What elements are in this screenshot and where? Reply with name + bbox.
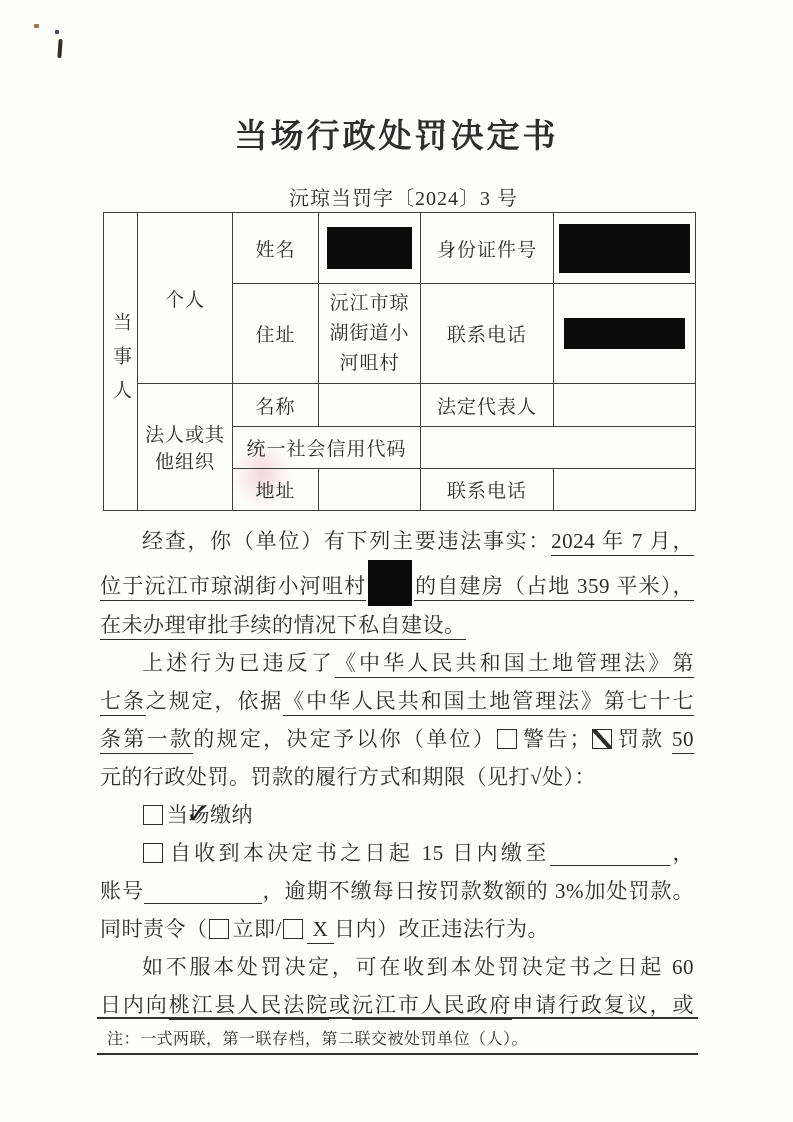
body-text: 经查，你（单位）有下列主要违法事实：2024 年 7 月，位于沅江市琼湖街小河咀… [100,522,694,1024]
text-segment: 50 [672,727,694,754]
text-segment: 或 [329,993,352,1017]
text-segment: 罚款 [616,727,672,751]
text-segment: 的规定，决定予以你（单位） [193,727,496,751]
party-label: 当事人 [111,304,130,414]
body-line: 在未办理审批手续的情况下私自建设。 [100,606,694,644]
id-value-cell [554,213,696,284]
checkbox-unchecked [143,843,163,863]
body-line: 如不服本处罚决定，可在收到本处罚决定书之日起 60 [100,948,694,986]
body-line: ✓当场缴纳 [100,796,694,834]
text-segment: 警告； [521,727,591,751]
body-line: 元的行政处罚。罚款的履行方式和期限（见打√处）： [100,758,694,796]
text-segment: 《中华人民共和国土地管理法》第 [335,651,694,678]
org-name-label: 名称 [233,384,319,427]
credit-code-value-cell [421,427,696,469]
footer-note: 注：一式两联，第一联存档，第二联交被处罚单位（人）。 [107,1026,667,1049]
text-segment: 账号 [100,879,144,903]
text-segment: 经查，你（单位）有下列主要违法事实： [142,529,551,553]
redaction-box-name [327,227,412,269]
doc-number: 沅琼当罚字〔2024〕3 号 [0,182,793,211]
body-line: 同时责令（立即/ X 日内）改正违法行为。 [100,910,694,948]
address-label: 住址 [233,284,319,384]
phone-value-cell [554,284,696,384]
org-address-label: 地址 [233,469,319,511]
footer-rule-top [97,1017,698,1019]
org-phone-value-cell [554,469,696,511]
text-segment: 2024 年 7 月， [551,529,694,556]
footer-rule-bottom [97,1053,698,1055]
checkbox-unchecked [283,919,303,939]
body-line: 位于沅江市琼湖街小河咀村的自建房（占地 359 平米）， [100,560,694,606]
address-value: 沅江市琼湖街道小河咀村 [319,284,421,384]
text-segment: 立即/ [233,917,282,941]
body-line: 七条之规定，依据《中华人民共和国土地管理法》第七十七 [100,682,694,720]
text-segment: 上述行为已违反了 [142,651,335,675]
text-segment: 同时责令（ [100,917,208,941]
text-segment: 日内）改正违法行为。 [334,917,549,941]
body-line: 条第一款的规定，决定予以你（单位）警告；罚款 50 [100,720,694,758]
text-segment: 申请行政复议，或 [512,993,694,1017]
redaction-box [368,560,412,606]
org-address-value-cell [319,469,421,511]
text-segment: 的自建房（占地 359 平米）， [414,574,694,601]
org-phone-label: 联系电话 [421,469,554,511]
text-segment: 沅江市人民政府 [352,993,512,1020]
legal-rep-label: 法定代表人 [421,384,554,427]
checkbox-checked: ✓ [143,805,163,825]
blank-underline [550,841,670,866]
id-label: 身份证件号 [421,213,554,284]
party-table: 当事人 个人 姓名 身份证件号 住址 沅江市琼湖街道小河咀村 联系电话 法人或其… [103,212,696,511]
text-segment: 位于沅江市琼湖街小河咀村 [100,574,366,601]
body-line: 账号，逾期不缴每日按罚款数额的 3%加处罚款。 [100,872,694,910]
page-title: 当场行政处罚决定书 [0,110,793,157]
text-segment: 桃江县人民法院 [169,993,329,1020]
org-label-cell: 法人或其他组织 [138,384,233,511]
checkmark-icon: ✓ [144,795,209,833]
redaction-box-phone [564,318,685,349]
text-segment: 元的行政处罚。罚款的履行方式和期限（见打√处）： [100,765,596,789]
checkbox-checked [592,729,612,749]
credit-code-label: 统一社会信用代码 [233,427,421,469]
blank-underline [144,879,262,904]
text-segment: 在未办理审批手续的情况下私自建设。 [100,613,466,640]
text-segment: 七条 [100,689,146,716]
text-segment: 《中华人民共和国土地管理法》第七十七 [283,689,694,716]
text-segment: 日内向 [100,993,169,1017]
checkbox-unchecked [209,919,229,939]
text-segment: X [307,917,334,944]
text-segment: 条第一款 [100,727,193,754]
individual-label-cell: 个人 [138,213,233,384]
pen-dot [55,30,59,34]
name-label: 姓名 [233,213,319,284]
phone-label: 联系电话 [421,284,554,384]
text-segment: 之规定，依据 [146,689,283,713]
pen-mark [57,39,62,58]
text-segment: 如不服本处罚决定，可在收到本处罚决定书之日起 60 [142,955,694,979]
redaction-box-id [559,224,690,273]
body-line: 经查，你（单位）有下列主要违法事实：2024 年 7 月， [100,522,694,560]
body-line: 自收到本决定书之日起 15 日内缴至， [100,834,694,872]
checkbox-unchecked [497,729,517,749]
document-page: 当场行政处罚决定书 沅琼当罚字〔2024〕3 号 当事人 个人 姓名 身份证件号… [0,0,793,1122]
text-segment: 自收到本决定书之日起 15 日内缴至 [167,841,550,865]
body-line: 上述行为已违反了《中华人民共和国土地管理法》第 [100,644,694,682]
legal-rep-value-cell [554,384,696,427]
pen-dot [34,24,39,28]
org-name-value-cell [319,384,421,427]
text-segment: ， [670,841,694,865]
text-segment: ，逾期不缴每日按罚款数额的 3%加处罚款。 [262,879,694,903]
name-value-cell [319,213,421,284]
party-label-cell: 当事人 [104,213,138,511]
